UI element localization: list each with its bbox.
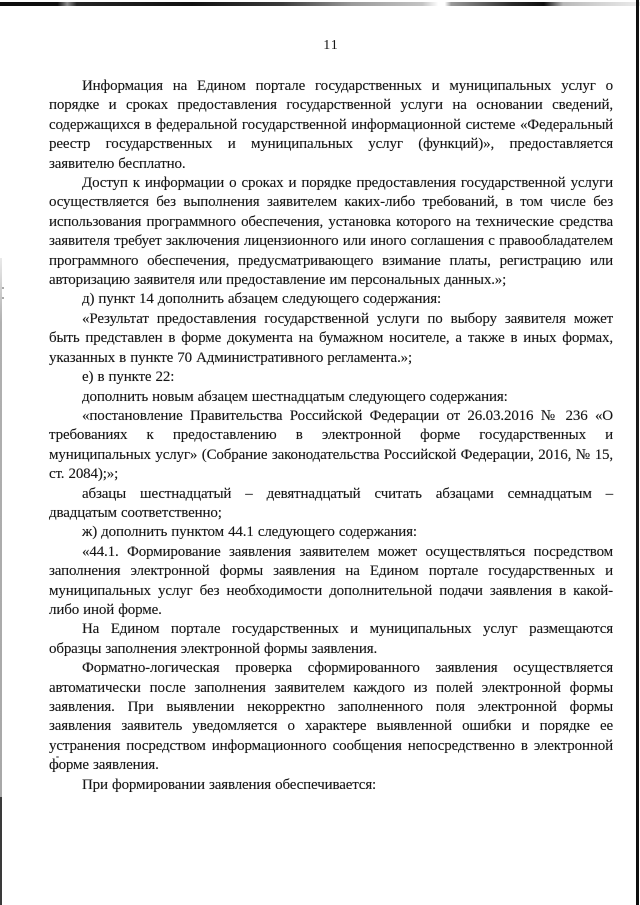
scan-left-edge-line — [0, 258, 2, 798]
paragraph: Доступ к информации о сроках и порядке п… — [49, 174, 613, 290]
page-number: 11 — [49, 36, 613, 55]
paragraph: Форматно-логическая проверка сформирован… — [49, 659, 613, 775]
scan-speck — [2, 297, 4, 299]
paragraph: При формировании заявления обеспечиваетс… — [49, 776, 613, 795]
paragraph: Информация на Едином портале государстве… — [49, 77, 613, 174]
paragraph: абзацы шестнадцатый – девятнадцатый счит… — [49, 485, 613, 524]
scan-speck — [2, 287, 4, 289]
scanned-document-page: 11 Информация на Едином портале государс… — [0, 0, 640, 905]
document-body: Информация на Едином портале государстве… — [49, 77, 613, 795]
document-content: 11 Информация на Едином портале государс… — [49, 36, 613, 795]
scan-left-edge-line-dark — [0, 797, 2, 905]
paragraph: На Едином портале государственных и муни… — [49, 620, 613, 659]
paragraph: «44.1. Формирование заявления заявителем… — [49, 543, 613, 621]
scan-right-edge-line — [636, 0, 639, 905]
paragraph: ж) дополнить пунктом 44.1 следующего сод… — [49, 523, 613, 542]
paragraph: «Результат предоставления государственно… — [49, 310, 613, 368]
scan-top-edge-line — [0, 2, 640, 6]
paragraph: дополнить новым абзацем шестнадцатым сле… — [49, 388, 613, 407]
paragraph: д) пункт 14 дополнить абзацем следующего… — [49, 290, 613, 309]
paragraph: е) в пункте 22: — [49, 368, 613, 387]
paragraph: «постановление Правительства Российской … — [49, 407, 613, 485]
